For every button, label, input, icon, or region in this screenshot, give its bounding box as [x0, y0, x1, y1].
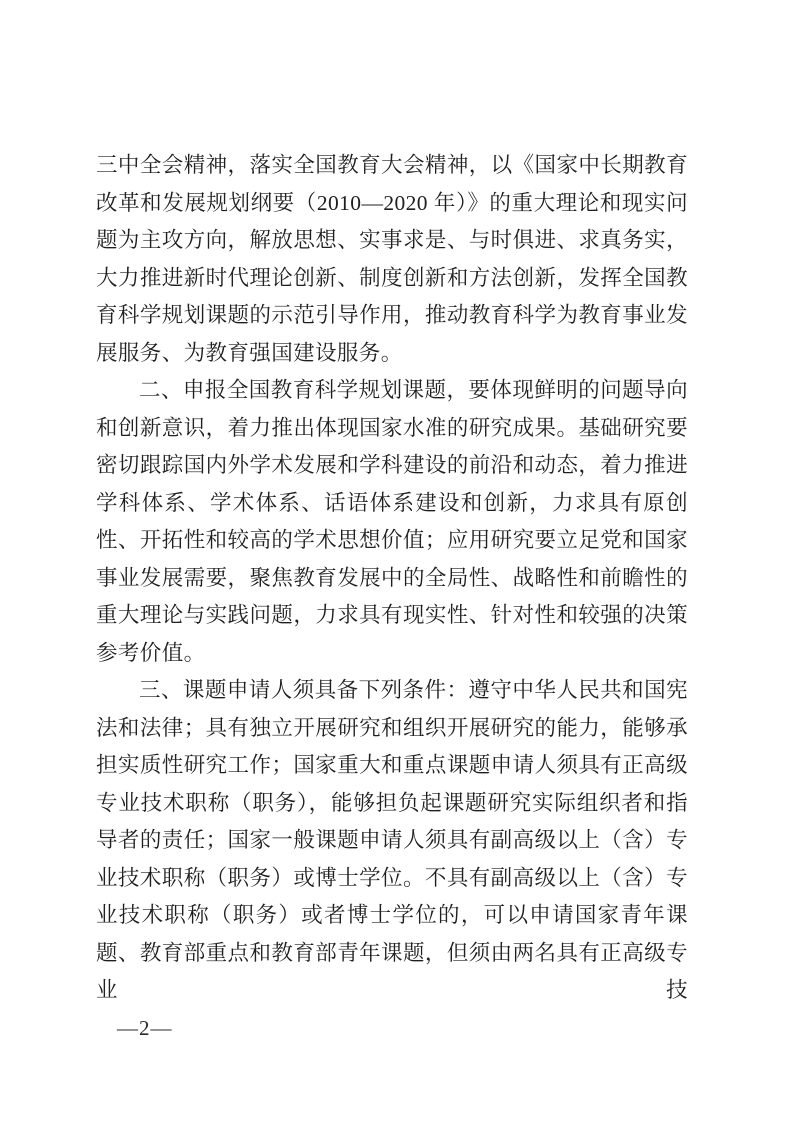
paragraph-item-three: 三、课题申请人须具备下列条件：遵守中华人民共和国宪法和法律；具有独立开展研究和组…: [96, 672, 688, 1010]
page-number: —2—: [117, 1014, 173, 1042]
paragraph-continuation: 三中全会精神，落实全国教育大会精神，以《国家中长期教育改革和发展规划纲要（201…: [96, 147, 688, 372]
document-page: 三中全会精神，落实全国教育大会精神，以《国家中长期教育改革和发展规划纲要（201…: [0, 0, 793, 1122]
paragraph-item-two: 二、申报全国教育科学规划课题，要体现鲜明的问题导向和创新意识，着力推出体现国家水…: [96, 372, 688, 672]
document-body: 三中全会精神，落实全国教育大会精神，以《国家中长期教育改革和发展规划纲要（201…: [96, 147, 688, 1010]
